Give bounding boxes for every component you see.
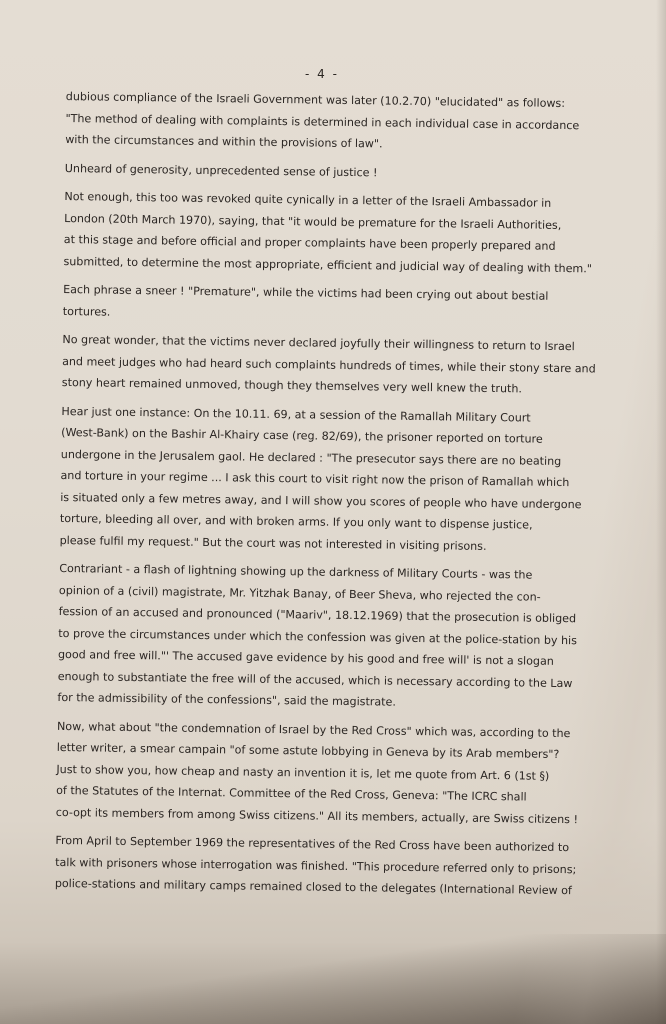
document-page: - 4 - dubious compliance of the Israeli … [0,0,666,1024]
paragraph: dubious compliance of the Israeli Govern… [65,86,618,158]
page-number: - 4 - [305,67,339,81]
paragraph: Not enough, this too was revoked quite c… [63,186,616,280]
paragraph: Unheard of generosity, unprecedented sen… [65,157,617,186]
text-line: Unheard of generosity, unprecedented sen… [65,157,617,186]
paragraph: Now, what about "the condemnation of Isr… [56,715,609,830]
paragraph: Contrariant - a flash of lightning showi… [57,558,611,716]
paragraph: Each phrase a sneer ! "Premature", while… [63,279,616,330]
paragraph: From April to September 1969 the represe… [55,830,608,902]
paragraph: No great wonder, that the victims never … [62,329,615,401]
page-edge-shadow [656,0,666,1024]
paragraph: Hear just one instance: On the 10.11. 69… [60,400,614,558]
document-body: dubious compliance of the Israeli Govern… [55,86,618,909]
